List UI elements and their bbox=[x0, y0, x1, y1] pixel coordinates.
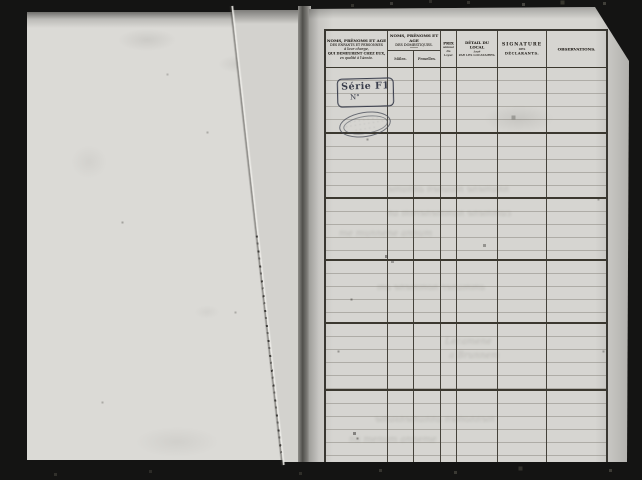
domestiques-title: NOMS, PRÉNOMS ET AGE DES DOMESTIQUES. bbox=[388, 31, 440, 51]
col-header-observations: OBSERVATIONS. bbox=[547, 31, 606, 67]
bleedthrough-handwriting: me munnene annum bbox=[339, 229, 489, 239]
table-cell-empty bbox=[326, 391, 388, 462]
series-label: Série F1 bbox=[338, 80, 393, 92]
bleedthrough-handwriting: ammuner nommene am bbox=[335, 283, 485, 293]
table-cell-empty bbox=[498, 261, 547, 322]
header-line: OBSERVATIONS. bbox=[558, 47, 596, 52]
scan-noise-bottom bbox=[0, 0, 1, 1]
series-number-label: N° bbox=[350, 93, 360, 101]
header-line: NOMS, PRÉNOMS ET AGE bbox=[388, 33, 440, 43]
bleedthrough-handwriting: Lecamene bbox=[445, 337, 525, 347]
bleedthrough-handwriting: mennomen annumensume bbox=[335, 415, 495, 425]
table-cell-empty bbox=[414, 324, 441, 389]
table-cell-empty bbox=[547, 324, 606, 389]
col-header-detail-local: DÉTAIL DU LOCAL loué PAR LES LOCATAIRES. bbox=[457, 31, 498, 67]
domestiques-subcolumns: Mâles. Femelles. bbox=[388, 51, 440, 67]
bleedthrough-handwriting: nnumene muunen annume bbox=[339, 185, 509, 195]
header-rule bbox=[410, 48, 418, 49]
col-header-noms-enfants: NOMS, PRÉNOMS ET AGE DES ENFANTS ET PERS… bbox=[326, 31, 388, 67]
header-line: DÉCLARANTS. bbox=[505, 52, 539, 56]
bleedthrough-handwriting: cammene nammenerem un bbox=[351, 209, 511, 219]
table-header: NOMS, PRÉNOMS ET AGE DES ENFANTS ET PERS… bbox=[326, 31, 606, 68]
table-cell-empty bbox=[441, 391, 457, 462]
table-cell-empty bbox=[326, 324, 388, 389]
table-cell-empty bbox=[498, 391, 547, 462]
table-cell-empty bbox=[414, 391, 441, 462]
table-cell-empty bbox=[388, 324, 414, 389]
table-cell-empty bbox=[498, 68, 547, 132]
table-cell-empty bbox=[547, 199, 606, 259]
header-line: Mâles. bbox=[394, 57, 407, 62]
header-line: Loyer. bbox=[444, 53, 454, 57]
table-cell-empty bbox=[414, 68, 441, 132]
stamp-text-illegible: · · · · · bbox=[355, 125, 376, 133]
table-cell-empty bbox=[457, 68, 498, 132]
header-line: Femelles. bbox=[418, 57, 436, 62]
register-table-page: NOMS, PRÉNOMS ET AGE DES ENFANTS ET PERS… bbox=[309, 7, 629, 462]
table-cell-empty bbox=[388, 391, 414, 462]
table-cell-empty bbox=[547, 391, 606, 462]
col-header-domestiques: NOMS, PRÉNOMS ET AGE DES DOMESTIQUES. Mâ… bbox=[388, 31, 441, 67]
series-classification-stamp: Série F1 N° bbox=[337, 77, 395, 107]
table-cell-empty bbox=[498, 199, 547, 259]
paper-specks bbox=[27, 12, 28, 13]
header-line: DÉTAIL DU LOCAL bbox=[457, 40, 497, 49]
header-line: en qualité à l'Année. bbox=[340, 56, 373, 60]
table-cell-empty bbox=[547, 68, 606, 132]
table-cell-empty bbox=[547, 261, 606, 322]
bleedthrough-handwriting: nu menum anneme bbox=[349, 435, 489, 445]
header-line: DES DOMESTIQUES. bbox=[395, 43, 432, 47]
col-header-signature: SIGNATURE DES DÉCLARANTS. bbox=[498, 31, 547, 67]
col-header-prix-loyer: PRIX annuel du Loyer. bbox=[441, 31, 457, 67]
header-line: PAR LES LOCATAIRES. bbox=[459, 54, 496, 58]
table-cell-empty bbox=[441, 68, 457, 132]
col-header-femelles: Femelles. bbox=[414, 51, 440, 67]
table-cell-empty bbox=[457, 391, 498, 462]
table-section bbox=[326, 391, 606, 462]
bleedthrough-handwriting: a Brunnem bbox=[449, 351, 529, 361]
table-cell-empty bbox=[547, 134, 606, 197]
col-header-males: Mâles. bbox=[388, 51, 414, 67]
